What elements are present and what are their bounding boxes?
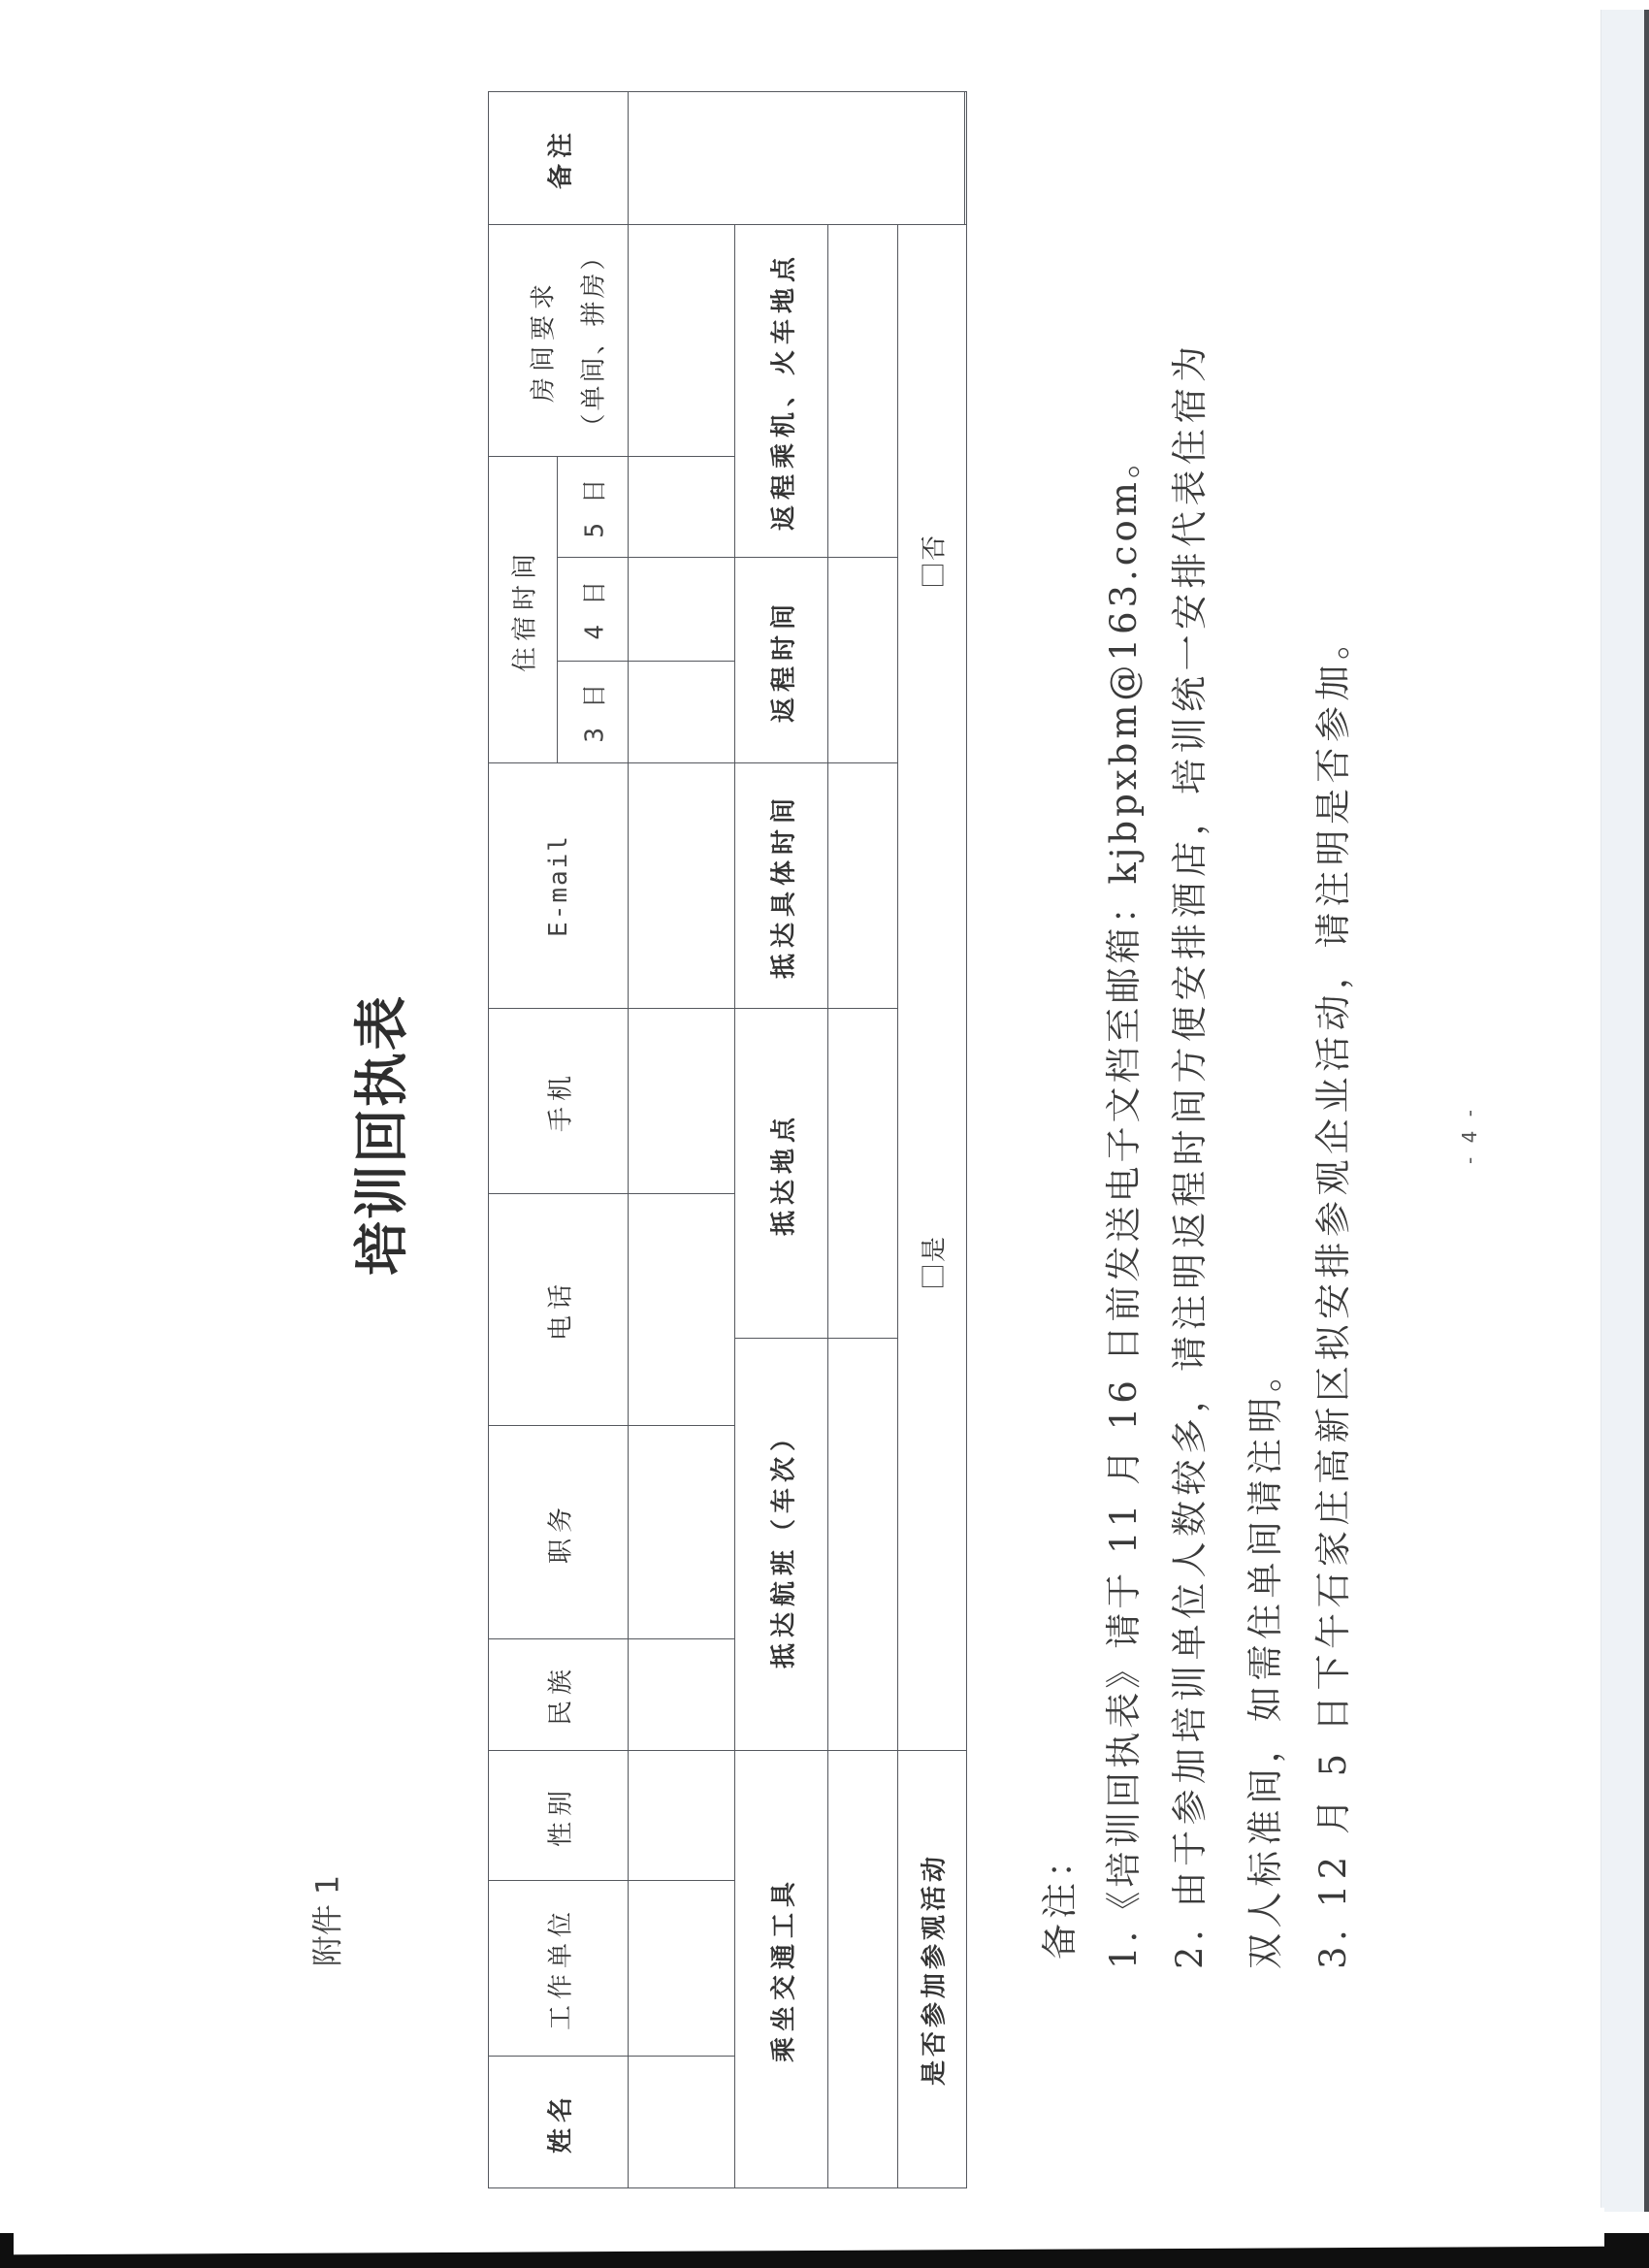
input-phone[interactable] (628, 1193, 735, 1426)
text: - 4 - (1458, 1106, 1481, 1164)
cell-label: 乘坐交通工具 (763, 1876, 799, 2062)
input-ethnicity[interactable] (628, 1638, 735, 1751)
cell-label: 职务 (540, 1501, 576, 1563)
cell-label: 电话 (540, 1279, 576, 1341)
header-transport: 乘坐交通工具 (734, 1750, 828, 2188)
attachment-label-text: 附件 1 (303, 1875, 347, 1967)
attachment-label: 附件 1 (291, 1843, 359, 1998)
text: 备注： (1030, 1837, 1083, 1960)
cell-label: 手机 (540, 1070, 576, 1132)
cell-label: 返程乘机、火车地点 (763, 251, 799, 531)
visit-options: 是 否 (897, 224, 967, 1751)
header-stay-time: 住宿时间 (488, 456, 558, 763)
input-stay-day-3[interactable] (628, 661, 735, 763)
input-email[interactable] (628, 762, 735, 1009)
cell-label: 备注 (540, 127, 576, 189)
cell-label: 房间要求 (524, 278, 560, 403)
header-remarks: 备注 (488, 91, 629, 225)
text: 2. 由于参加培训单位人数较多，请注明返程时间方便安排酒店，培训统一安排代表住宿… (1160, 340, 1212, 1969)
header-gender: 性别 (488, 1750, 629, 1881)
cell-label: 5 日 (575, 476, 611, 537)
cell-label: 是否参加参观活动 (915, 1853, 951, 2086)
input-room-requirement[interactable] (628, 224, 735, 457)
input-position[interactable] (628, 1425, 735, 1639)
input-transport[interactable] (827, 1750, 898, 2188)
input-arrival-flight[interactable] (827, 1338, 898, 1751)
option-yes[interactable]: 是 (915, 1237, 951, 1287)
input-name[interactable] (628, 2056, 735, 2188)
header-ethnicity: 民族 (488, 1638, 629, 1751)
page-title-text: 培训回执表 (339, 994, 417, 1276)
header-work-unit: 工作单位 (488, 1880, 629, 2057)
text: 1.《培训回执表》请于 11 月 16 日前发送电子文档至邮箱：kjbpxbm@… (1094, 438, 1147, 1969)
header-stay-day-3: 3 日 (557, 661, 629, 763)
header-return-place: 返程乘机、火车地点 (734, 224, 828, 558)
header-phone: 电话 (488, 1193, 629, 1426)
input-arrival-time[interactable] (827, 762, 898, 1009)
cell-label: E-mail (544, 834, 573, 937)
cell-label: 民族 (540, 1664, 576, 1726)
header-stay-day-4: 4 日 (557, 557, 629, 662)
cell-label: 姓名 (540, 2090, 576, 2153)
scan-edge-right (1600, 10, 1649, 2212)
checkbox-yes-icon[interactable] (921, 1266, 943, 1287)
cell-label: 抵达航班（车次） (763, 1420, 799, 1669)
header-name: 姓名 (488, 2056, 629, 2188)
cell-label: （单间、拼房） (573, 242, 609, 438)
header-position: 职务 (488, 1425, 629, 1639)
header-arrival-flight: 抵达航班（车次） (734, 1338, 828, 1751)
header-arrival-place: 抵达地点 (734, 1008, 828, 1339)
cell-label: 3 日 (575, 681, 611, 742)
cell-label: 4 日 (575, 578, 611, 639)
header-email: E-mail (488, 762, 629, 1009)
header-visit-activity: 是否参加参观活动 (897, 1750, 967, 2188)
page-title: 培训回执表 (335, 989, 422, 1280)
page-number: - 4 - (1445, 1096, 1494, 1174)
header-stay-day-5: 5 日 (557, 456, 629, 558)
cell-label: 性别 (540, 1784, 576, 1846)
header-return-time: 返程时间 (734, 557, 828, 763)
header-mobile: 手机 (488, 1008, 629, 1194)
header-arrival-time: 抵达具体时间 (734, 762, 828, 1009)
cell-label: 返程时间 (763, 598, 799, 722)
input-mobile[interactable] (628, 1008, 735, 1194)
remarks-extension (897, 91, 967, 225)
text: 3. 12 月 5 日下午石家庄高新区拟安排参观企业活动，请注明是否参加。 (1304, 619, 1356, 1969)
input-gender[interactable] (628, 1750, 735, 1881)
input-work-unit[interactable] (628, 1880, 735, 2057)
input-stay-day-5[interactable] (628, 456, 735, 558)
input-arrival-place[interactable] (827, 1008, 898, 1339)
checkbox-no-icon[interactable] (921, 565, 943, 586)
input-stay-day-4[interactable] (628, 557, 735, 662)
cell-label: 住宿时间 (505, 547, 541, 671)
text: 双人标准间，如需住单间请注明。 (1236, 1351, 1288, 1970)
text: 否 (915, 535, 951, 561)
cell-label: 工作单位 (540, 1906, 576, 2030)
cell-label: 抵达具体时间 (763, 793, 799, 979)
header-room-requirement: 房间要求 （单间、拼房） (488, 224, 629, 457)
input-return-time[interactable] (827, 557, 898, 763)
input-return-place[interactable] (827, 224, 898, 558)
option-no[interactable]: 否 (915, 535, 951, 586)
text: 是 (915, 1237, 951, 1262)
cell-label: 抵达地点 (763, 1111, 799, 1235)
